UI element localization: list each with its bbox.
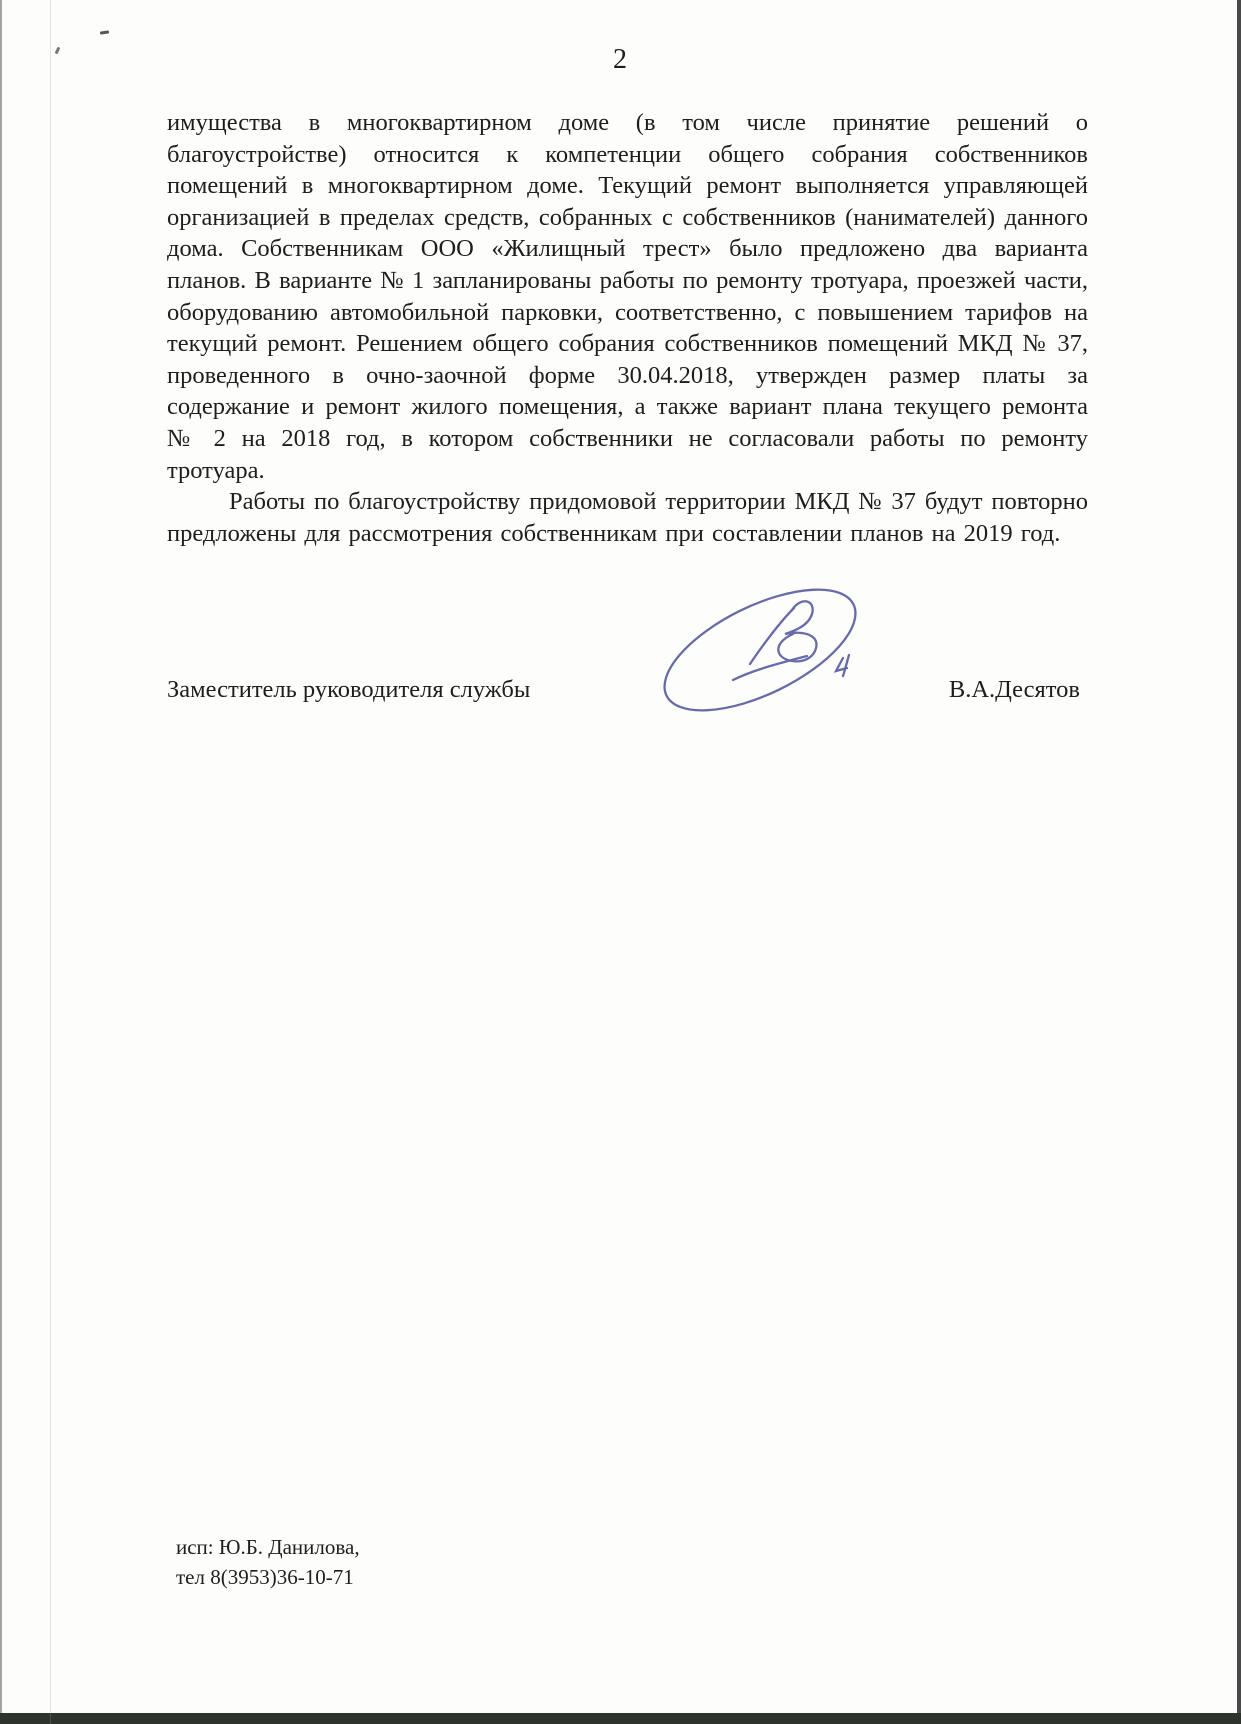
paragraph-continuation: имущества в многоквартирном доме (в том …: [167, 107, 1088, 486]
executor-footer: исп: Ю.Б. Данилова, тел 8(3953)36-10-71: [176, 1532, 360, 1592]
scanned-document-page: 2 имущества в многоквартирном доме (в то…: [0, 0, 1241, 1724]
scan-speck: [100, 30, 109, 34]
signer-name: В.А.Десятов: [949, 676, 1080, 704]
scan-fold-line: [50, 0, 51, 1724]
scan-edge-right: [1237, 0, 1241, 1724]
executor-name: исп: Ю.Б. Данилова,: [176, 1532, 360, 1562]
paragraph-second: Работы по благоустройству придомовой тер…: [167, 486, 1088, 549]
executor-phone: тел 8(3953)36-10-71: [176, 1562, 360, 1592]
signer-title: Заместитель руководителя службы: [167, 676, 530, 704]
scan-edge-bottom: [0, 1713, 1241, 1724]
page-number: 2: [0, 44, 1241, 76]
scan-edge-left: [0, 0, 2, 1724]
signature-ink: [640, 562, 890, 742]
document-body: имущества в многоквартирном доме (в том …: [167, 107, 1088, 549]
